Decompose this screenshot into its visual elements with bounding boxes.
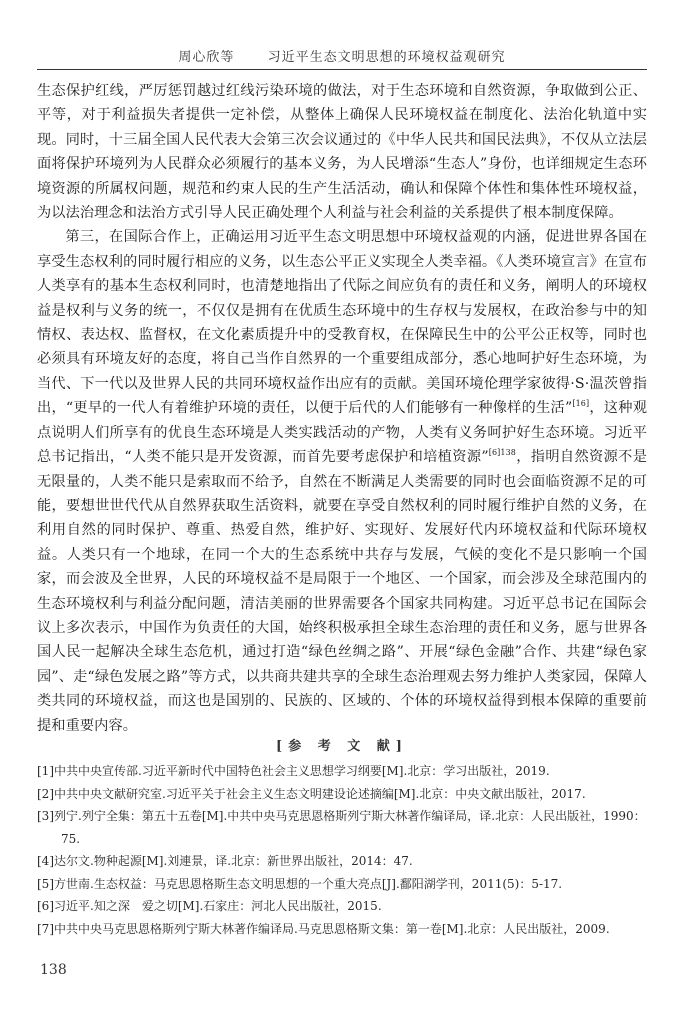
references-heading: [参 考 文 献]: [37, 735, 647, 754]
reference-item: [1]中共中央宣传部.习近平新时代中国特色社会主义思想学习纲要[M].北京：学习…: [37, 760, 647, 783]
running-head-author: 周心欣等: [178, 50, 234, 65]
running-head-title: 习近平生态文明思想的环境权益观研究: [268, 50, 506, 65]
paragraph-text: 第三，在国际合作上，正确运用习近平生态文明思想中环境权益观的内涵，促进世界各国在…: [37, 229, 647, 416]
references-list: [1]中共中央宣传部.习近平新时代中国特色社会主义思想学习纲要[M].北京：学习…: [37, 760, 647, 940]
paragraph-international-cooperation: 第三，在国际合作上，正确运用习近平生态文明思想中环境权益观的内涵，促进世界各国在…: [37, 225, 647, 738]
article-body: 生态保护红线，严厉惩罚越过红线污染环境的做法，对于生态环境和自然资源，争取做到公…: [37, 79, 647, 738]
header-rule: [37, 69, 647, 70]
reference-item: [4]达尔文.物种起源[M].刘連景，译.北京：新世界出版社，2014：47.: [37, 850, 647, 873]
reference-item: [7]中共中央马克思恩格斯列宁斯大林著作编译局.马克思恩格斯文集：第一卷[M].…: [37, 918, 647, 941]
reference-item: [2]中共中央文献研究室.习近平关于社会主义生态文明建设论述摘编[M].北京：中…: [37, 783, 647, 806]
reference-item: [5]方世南.生态权益：马克思恩格斯生态文明思想的一个重大亮点[J].鄱阳湖学刊…: [37, 873, 647, 896]
running-head: 周心欣等 习近平生态文明思想的环境权益观研究: [37, 46, 647, 65]
citation-16[interactable]: [16]: [572, 399, 589, 408]
reference-item: [3]列宁.列宁全集：第五十五卷[M].中共中央马克思恩格斯列宁斯大林著作编译局…: [37, 805, 647, 850]
page-number: 138: [40, 962, 67, 978]
reference-item: [6]习近平.知之深 爱之切[M].石家庄：河北人民出版社，2015.: [37, 895, 647, 918]
citation-6-138[interactable]: [6]138: [489, 448, 516, 457]
paragraph-continued: 生态保护红线，严厉惩罚越过红线污染环境的做法，对于生态环境和自然资源，争取做到公…: [37, 79, 647, 225]
paragraph-text: ，指明自然资源不是无限量的，人类不能只是索取而不给予，自然在不断满足人类需要的同…: [37, 449, 647, 733]
